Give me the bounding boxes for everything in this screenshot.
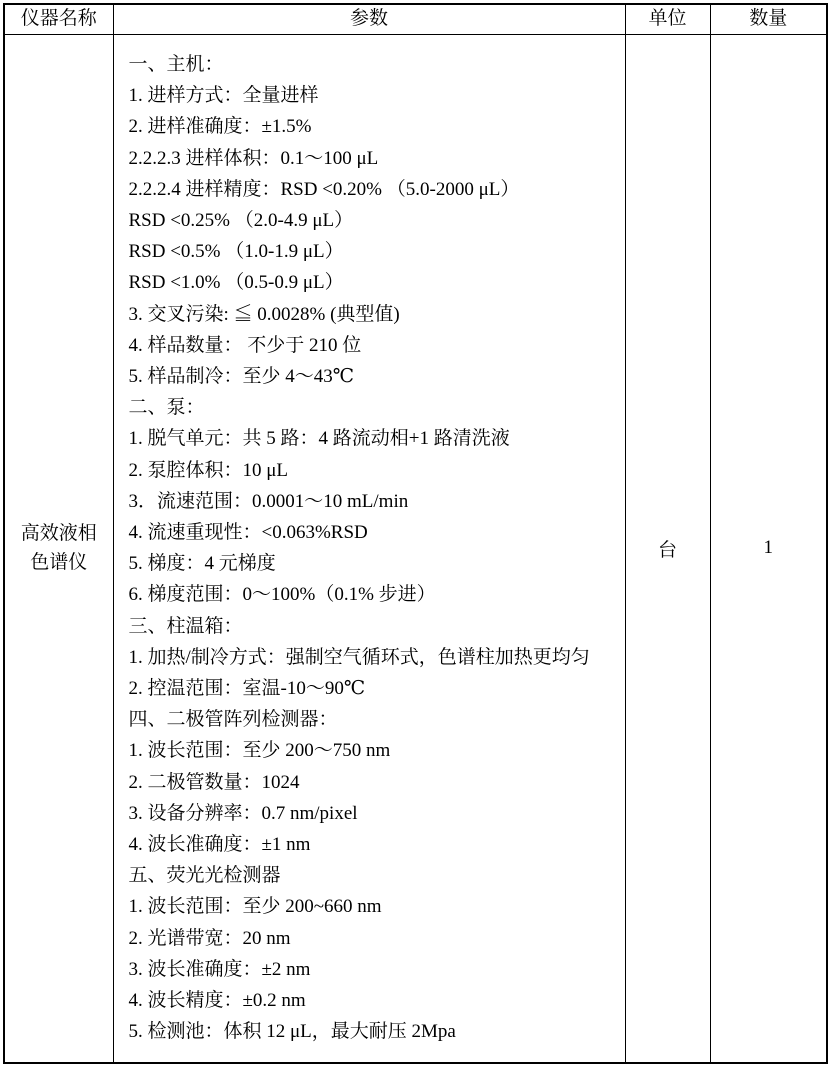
- parameter-line: 2. 控温范围：室温-10～90℃: [129, 673, 603, 704]
- parameter-line: RSD <0.25% （2.0-4.9 μL）: [129, 205, 603, 236]
- header-unit: 单位: [625, 4, 710, 34]
- spec-table: 仪器名称 参数 单位 数量 高效液相色谱仪 一、主机：1. 进样方式：全量进样2…: [3, 3, 828, 1064]
- parameter-line: 2.2.2.4 进样精度：RSD <0.20% （5.0-2000 μL）: [129, 174, 603, 205]
- header-instrument-name: 仪器名称: [4, 4, 113, 34]
- parameters-cell: 一、主机：1. 进样方式：全量进样2. 进样准确度：±1.5%2.2.2.3 进…: [113, 34, 625, 1063]
- parameter-line: 4. 流速重现性：<0.063%RSD: [129, 517, 603, 548]
- parameter-line: 3. 交叉污染: ≦ 0.0028% (典型值): [129, 299, 603, 330]
- parameter-line: 1. 脱气单元：共 5 路：4 路流动相+1 路清洗液: [129, 423, 603, 454]
- parameter-line: 5. 样品制冷：至少 4～43℃: [129, 361, 603, 392]
- parameter-lines: 一、主机：1. 进样方式：全量进样2. 进样准确度：±1.5%2.2.2.3 进…: [129, 49, 603, 1048]
- parameter-line: 二、泵：: [129, 392, 603, 423]
- parameter-line: 2. 二极管数量：1024: [129, 767, 603, 798]
- header-parameters: 参数: [113, 4, 625, 34]
- parameter-line: 三、柱温箱：: [129, 611, 603, 642]
- instrument-name-cell: 高效液相色谱仪: [4, 34, 113, 1063]
- instrument-name-line: 高效液相: [5, 519, 113, 548]
- document-page: { "page": { "background_color": "#ffffff…: [0, 0, 830, 1071]
- parameter-line: 2. 进样准确度：±1.5%: [129, 111, 603, 142]
- parameter-line: 3．流速范围：0.0001～10 mL/min: [129, 486, 603, 517]
- parameter-line: 五、荧光光检测器: [129, 860, 603, 891]
- parameter-line: 4. 样品数量： 不少于 210 位: [129, 330, 603, 361]
- quantity-cell: 1: [710, 34, 827, 1063]
- parameter-line: 4. 波长精度：±0.2 nm: [129, 985, 603, 1016]
- parameter-line: 2.2.2.3 进样体积：0.1～100 μL: [129, 143, 603, 174]
- parameter-line: 6. 梯度范围：0～100%（0.1% 步进）: [129, 579, 603, 610]
- parameter-line: 5. 梯度：4 元梯度: [129, 548, 603, 579]
- parameter-line: 2. 光谱带宽：20 nm: [129, 923, 603, 954]
- instrument-name-line: 色谱仪: [5, 548, 113, 577]
- parameter-line: 1. 进样方式：全量进样: [129, 80, 603, 111]
- parameter-line: 3. 设备分辨率：0.7 nm/pixel: [129, 798, 603, 829]
- parameter-line: RSD <1.0% （0.5-0.9 μL）: [129, 267, 603, 298]
- header-row: 仪器名称 参数 单位 数量: [4, 4, 827, 34]
- parameter-line: 四、二极管阵列检测器：: [129, 704, 603, 735]
- table-row: 高效液相色谱仪 一、主机：1. 进样方式：全量进样2. 进样准确度：±1.5%2…: [4, 34, 827, 1063]
- header-quantity: 数量: [710, 4, 827, 34]
- parameter-line: 1. 波长范围：至少 200～750 nm: [129, 735, 603, 766]
- parameter-line: 一、主机：: [129, 49, 603, 80]
- instrument-name-lines: 高效液相色谱仪: [5, 519, 113, 577]
- parameter-line: 4. 波长准确度：±1 nm: [129, 829, 603, 860]
- parameter-line: 3. 波长准确度：±2 nm: [129, 954, 603, 985]
- parameter-line: 1. 波长范围：至少 200~660 nm: [129, 891, 603, 922]
- parameter-line: 1. 加热/制冷方式：强制空气循环式，色谱柱加热更均匀: [129, 642, 603, 673]
- unit-cell: 台: [625, 34, 710, 1063]
- parameter-line: 5. 检测池：体积 12 μL，最大耐压 2Mpa: [129, 1016, 603, 1047]
- parameter-line: RSD <0.5% （1.0-1.9 μL）: [129, 236, 603, 267]
- parameter-line: 2. 泵腔体积：10 μL: [129, 455, 603, 486]
